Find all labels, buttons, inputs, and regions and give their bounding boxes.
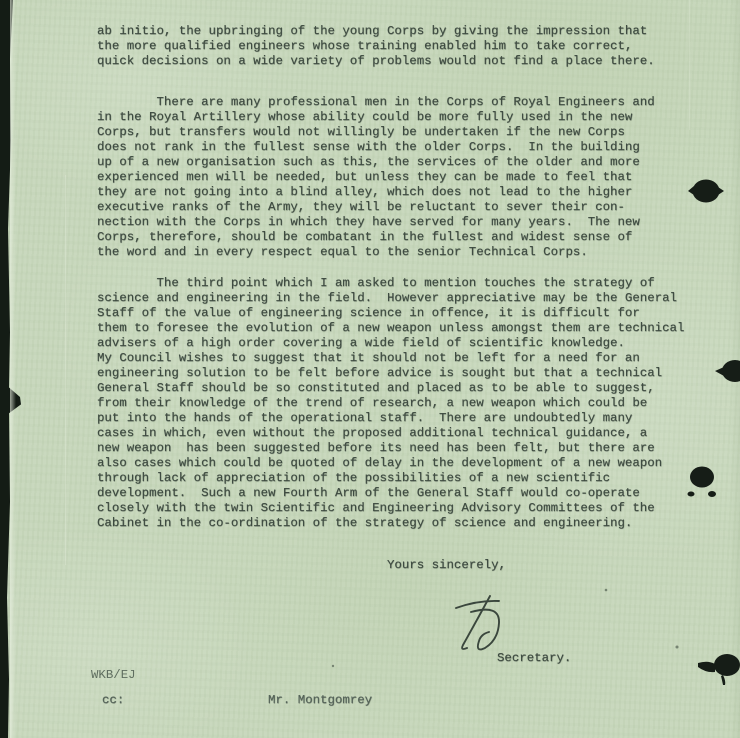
scan-edge-left bbox=[0, 0, 22, 738]
valediction: Yours sincerely, bbox=[387, 558, 506, 573]
paragraph-third-point: The third point which I am asked to ment… bbox=[97, 276, 684, 531]
ink-blot-4 bbox=[714, 654, 740, 676]
signature-mark-icon bbox=[450, 590, 520, 660]
signoff-title: Secretary. bbox=[497, 651, 571, 666]
letter-page: ab initio, the upbringing of the young C… bbox=[0, 0, 740, 738]
paragraph-ab-initio: ab initio, the upbringing of the young C… bbox=[97, 24, 655, 69]
paper-crease-top-right bbox=[688, 0, 691, 130]
paragraph-professional-men: There are many professional men in the C… bbox=[97, 95, 655, 260]
cc-recipient: Mr. Montgomrey bbox=[268, 693, 372, 708]
ink-blot-3 bbox=[690, 467, 714, 488]
paper-crease-vertical bbox=[64, 175, 67, 565]
paper-edge-highlight bbox=[10, 0, 16, 738]
ink-blot-2 bbox=[722, 360, 740, 382]
ink-blot-1 bbox=[693, 180, 720, 203]
cc-label: cc: bbox=[102, 693, 124, 708]
reference-initials: WKB/EJ bbox=[91, 668, 136, 683]
